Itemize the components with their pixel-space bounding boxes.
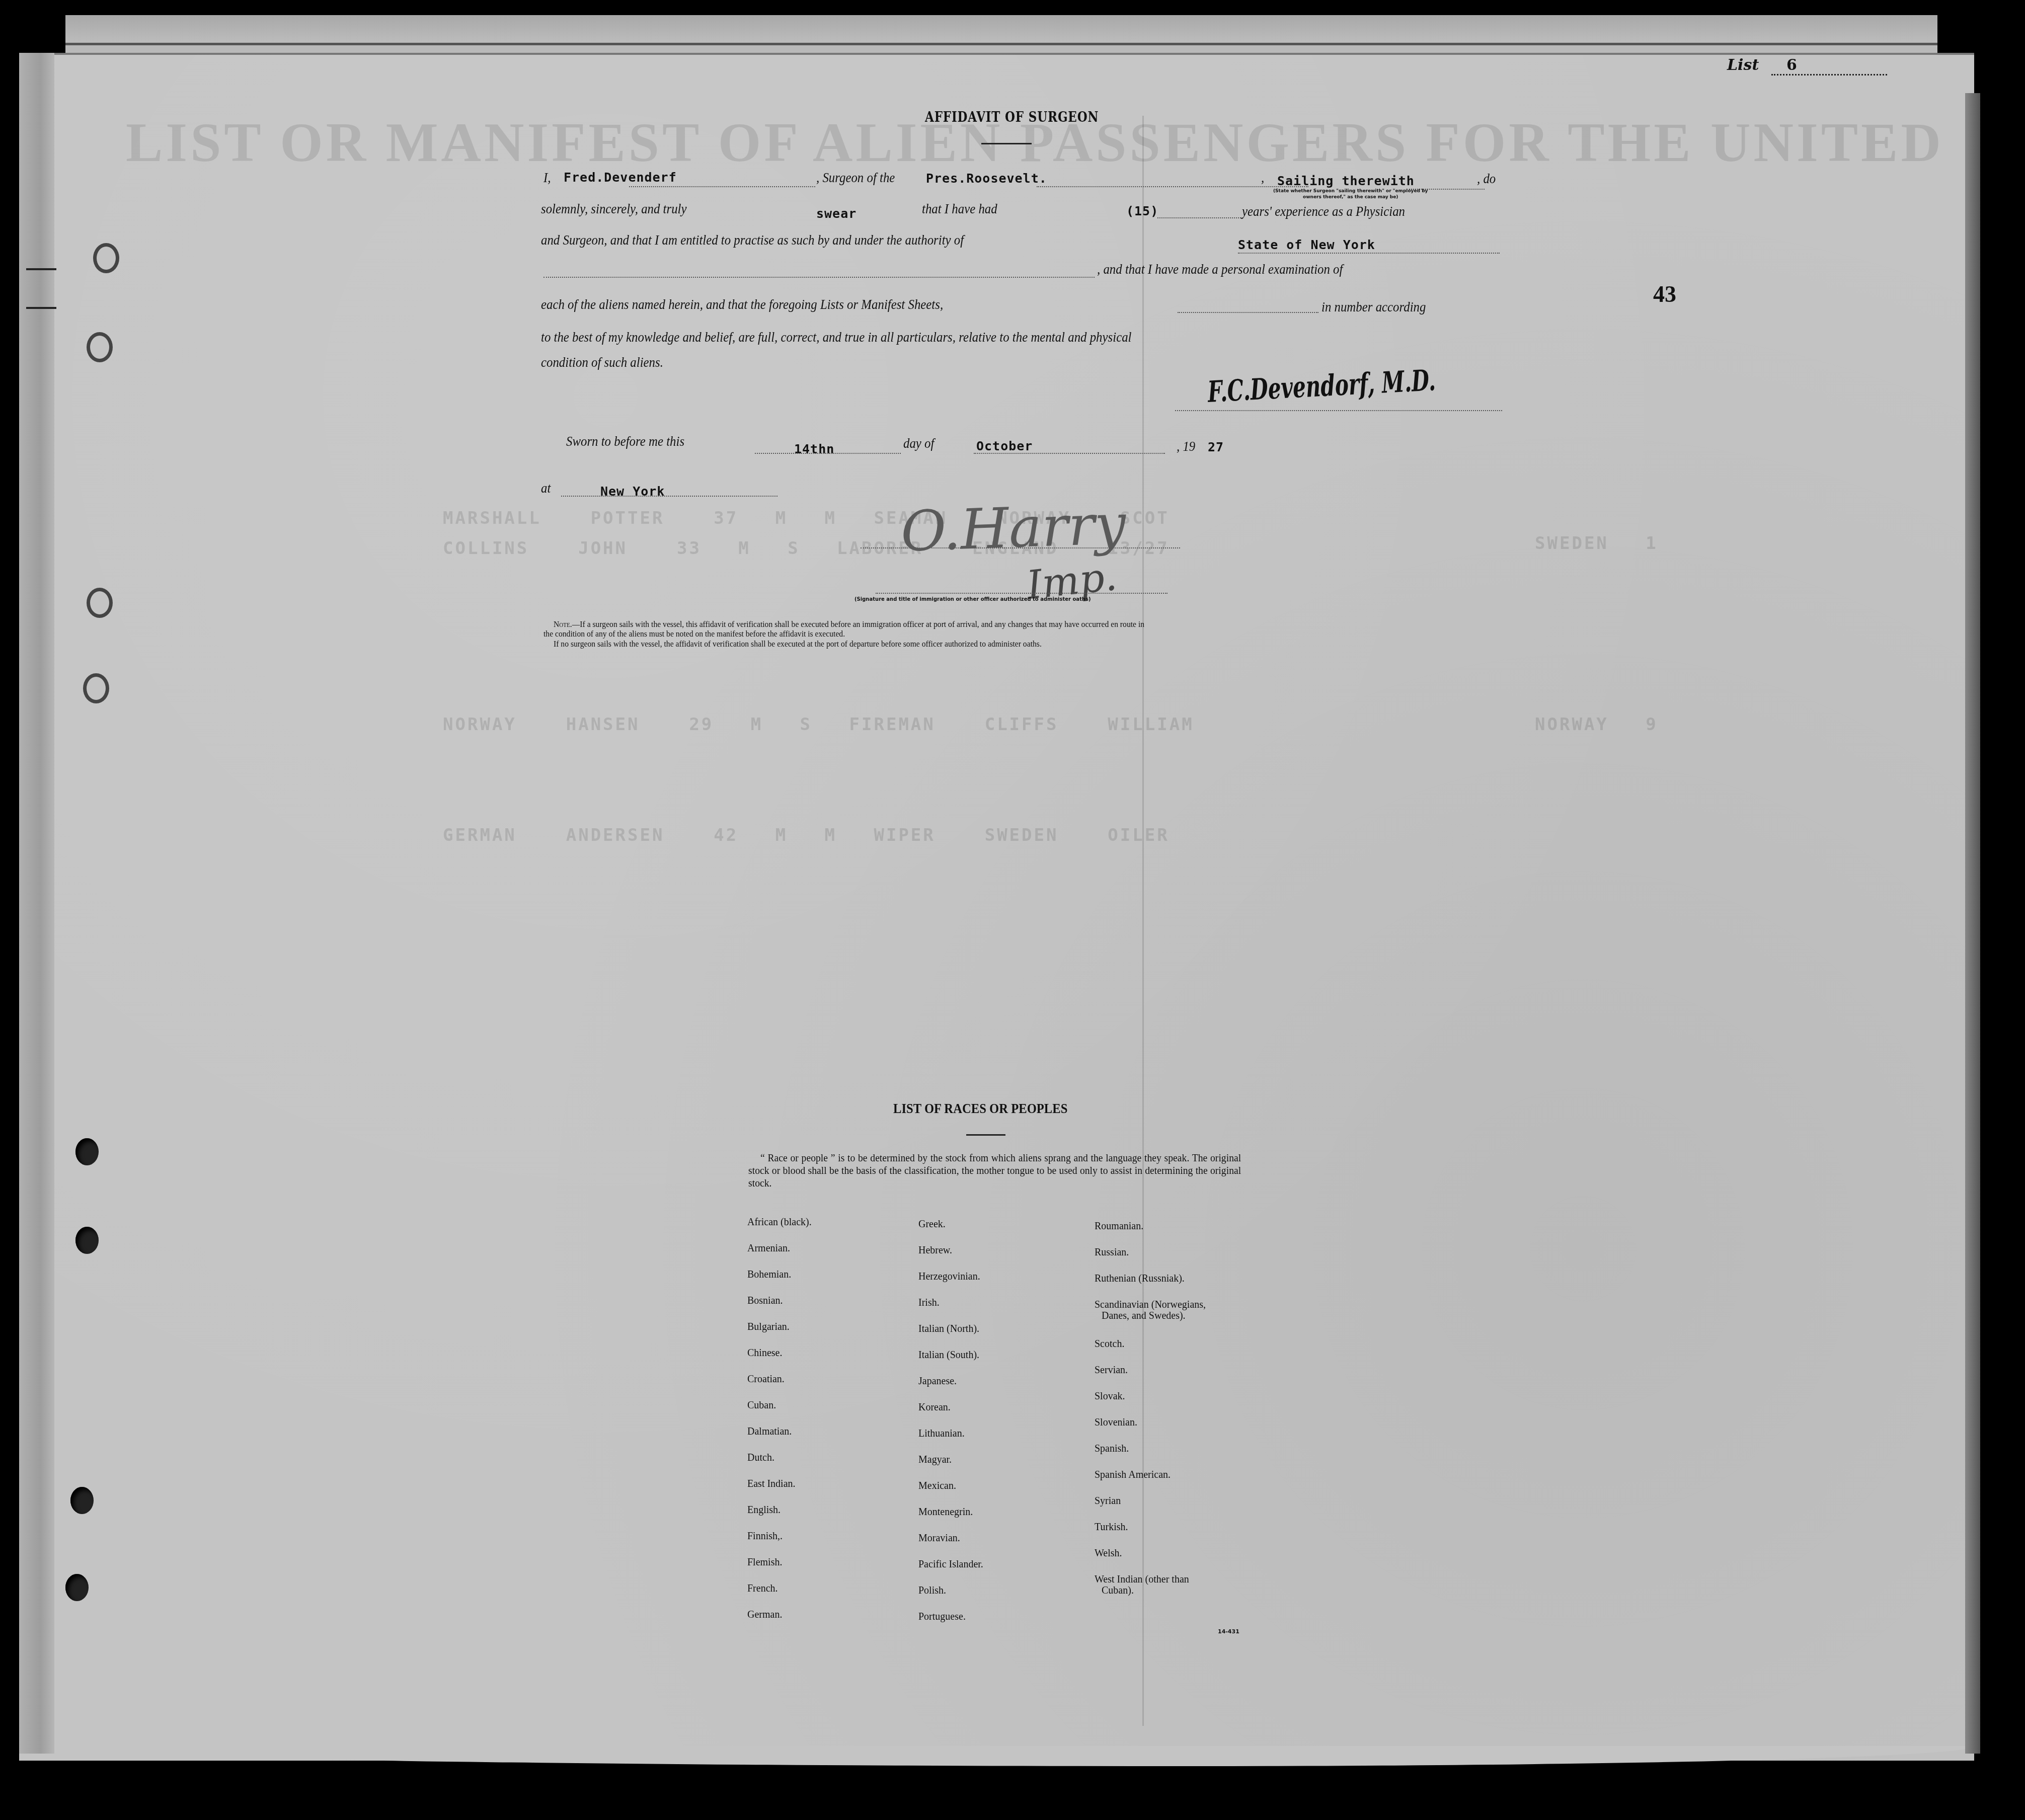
field-line [1178,312,1318,313]
race-item: Finnish,. [747,1531,812,1557]
ghost-row: NORWAY HANSEN 29 M S FIREMAN CLIFFS WILL… [443,715,1194,735]
field-line [629,186,815,187]
back-sheet-edge [65,15,1937,45]
field-line [755,453,901,454]
race-item: Herzegovinian. [918,1271,983,1297]
binding-mark [26,307,56,309]
binder-hole [87,332,113,362]
oath-field: swear [816,206,856,221]
races-title-rule [966,1134,1005,1136]
line6-text: to the best of my knowledge and belief, … [541,330,1131,345]
race-item: Portuguese. [918,1611,983,1637]
note-line-3: If no surgeon sails with the vessel, the… [554,639,1042,649]
binder-hole [87,588,113,618]
officer-signature: O.Harry [900,492,1127,564]
line1-prefix: I, [543,170,551,186]
note-line-1: Note.—If a surgeon sails with the vessel… [554,619,1144,629]
list-label: List [1727,56,1759,74]
race-item: Italian (North). [918,1323,983,1350]
field-line [1238,253,1500,254]
race-item: Pacific Islander. [918,1559,983,1585]
right-page-edge [1965,93,1980,1754]
sworn-year-field: 27 [1208,440,1224,454]
race-item: Lithuanian. [918,1428,983,1454]
ghost-row: GERMAN ANDERSEN 42 M M WIPER SWEDEN OILE… [443,825,1170,845]
race-item: Armenian. [747,1243,812,1269]
line5-text: each of the aliens named herein, and tha… [541,297,943,312]
race-item: Korean. [918,1402,983,1428]
ghost-row: NORWAY 9 [1535,715,1658,735]
affidavit-title: AFFIDAVIT OF SURGEON [925,109,1099,125]
race-item: Dalmatian. [747,1426,812,1452]
line3-text: and Surgeon, and that I am entitled to p… [541,232,964,248]
signature-line [876,593,1167,594]
binder-hole [83,673,109,703]
binding-mark [26,268,56,270]
signature-line [1175,410,1502,411]
race-item: Slovenian. [1095,1417,1206,1443]
race-item: Hebrew. [918,1245,983,1271]
race-item: German. [747,1609,812,1635]
line5-suffix: in number according [1321,299,1426,315]
race-item: Dutch. [747,1452,812,1478]
race-item: English. [747,1505,812,1531]
binder-hole [65,1574,89,1601]
race-item: Japanese. [918,1376,983,1402]
race-item: Croatian. [747,1374,812,1400]
race-item: Greek. [918,1219,983,1245]
race-item: West Indian (other than Cuban). [1095,1574,1206,1613]
surgeon-capacity-field: Sailing therewith [1277,174,1415,188]
manifest-page [19,53,1974,1761]
race-item: French. [747,1583,812,1609]
field-line [543,277,1095,278]
field-line [1157,217,1243,218]
race-item: Polish. [918,1585,983,1611]
race-item: Roumanian. [1095,1221,1206,1247]
race-item: Syrian [1095,1495,1206,1522]
race-item: Moravian. [918,1533,983,1559]
sworn-day-of: day of [903,436,934,451]
line4-text: , and that I have made a personal examin… [1097,262,1343,277]
sworn-month-field: October [976,439,1033,453]
race-item: Spanish. [1095,1443,1206,1469]
race-item: East Indian. [747,1478,812,1505]
sworn-prefix: Sworn to before me this [566,434,684,449]
form-code: 14-431 [1218,1628,1239,1635]
race-item: Magyar. [918,1454,983,1480]
races-column-3: Roumanian. Russian. Ruthenian (Russniak)… [1095,1221,1206,1613]
binder-hole [70,1487,94,1514]
race-item: Ruthenian (Russniak). [1095,1273,1206,1299]
line1-suffix: , do [1477,171,1496,187]
binder-hole [93,243,119,273]
race-item: Turkish. [1095,1522,1206,1548]
races-intro-paragraph: “ Race or people ” is to be determined b… [748,1152,1241,1190]
list-number: 6 [1771,56,1887,75]
race-item: Scotch. [1095,1338,1206,1365]
race-item: Servian. [1095,1365,1206,1391]
races-title: LIST OF RACES OR PEOPLES [893,1101,1067,1117]
field-line [561,496,777,497]
title-rule [981,143,1032,144]
race-item: Irish. [918,1297,983,1323]
sworn-day-field: 14thn [794,442,834,456]
race-item: Spanish American. [1095,1469,1206,1495]
line1-mid: , Surgeon of the [816,170,895,186]
race-item: Chinese. [747,1348,812,1374]
at-label: at [541,481,551,496]
page-bottom-edge [19,1746,1974,1766]
note-line-2: the condition of any of the aliens must … [543,629,845,639]
race-item: Bosnian. [747,1295,812,1321]
race-item: Slovak. [1095,1391,1206,1417]
officer-caption: (Signature and title of immigration or o… [854,597,1091,603]
vessel-name-field: Pres.Roosevelt. [926,171,1047,186]
capacity-caption: (State whether Surgeon "sailing therewit… [1273,188,1428,200]
race-item: Cuban. [747,1400,812,1426]
race-item: Bohemian. [747,1269,812,1295]
race-item: Italian (South). [918,1350,983,1376]
field-line [1037,186,1308,187]
race-item: Mexican. [918,1480,983,1507]
surgeon-name-field: Fred.Devenderf [564,170,677,185]
races-column-1: African (black). Armenian. Bohemian. Bos… [747,1217,812,1635]
sworn-year-prefix: , 19 [1177,439,1195,454]
ghost-row: SWEDEN 1 [1535,533,1658,553]
race-item: Bulgarian. [747,1321,812,1348]
authority-field: State of New York [1238,238,1375,252]
race-item: Flemish. [747,1557,812,1583]
race-item: Montenegrin. [918,1507,983,1533]
page-number: 43 [1653,281,1676,307]
years-experience-field: (15) [1126,204,1158,218]
signature-line [861,547,1180,548]
line7-text: condition of such aliens. [541,355,663,370]
race-item: Scandinavian (Norwegians, Danes, and Swe… [1095,1299,1206,1338]
line2-mid: that I have had [922,201,997,217]
race-item: Welsh. [1095,1548,1206,1574]
race-item: Russian. [1095,1247,1206,1273]
line2-prefix: solemnly, sincerely, and truly [541,201,687,217]
line2-suffix: years' experience as a Physician [1242,204,1405,219]
binder-hole [75,1138,99,1165]
field-line [974,453,1165,454]
binder-hole [75,1227,99,1254]
race-item: African (black). [747,1217,812,1243]
line1-comma: , [1261,170,1264,186]
races-column-2: Greek. Hebrew. Herzegovinian. Irish. Ita… [918,1219,983,1637]
